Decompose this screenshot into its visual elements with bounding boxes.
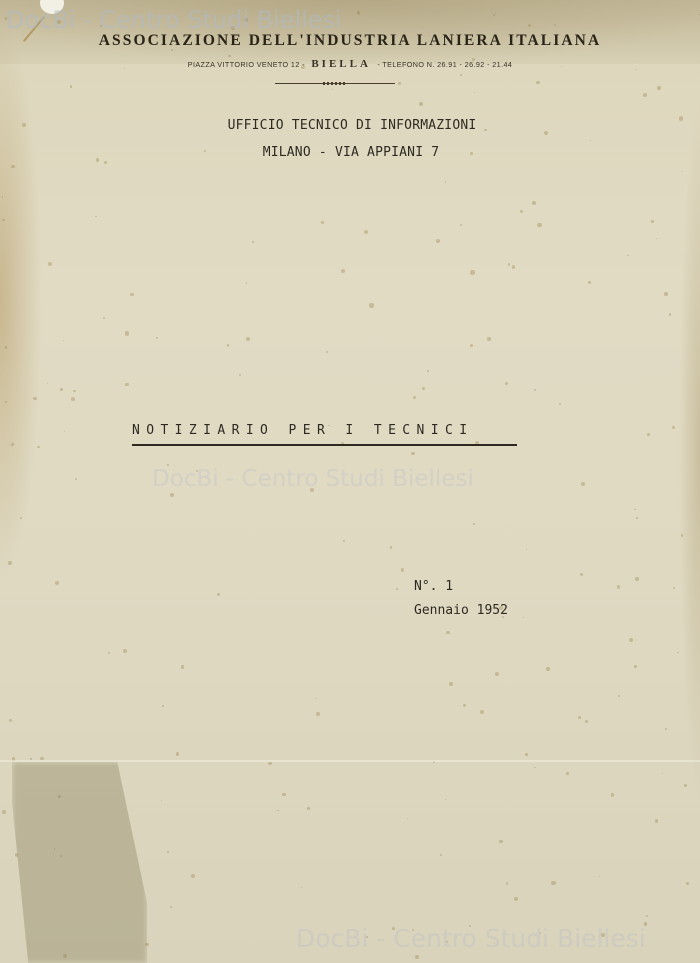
office-name: UFFICIO TECNICO DI INFORMAZIONI [0,118,700,133]
address-phone: - TELEFONO N. 26.91 - 26.92 - 21.44 [377,60,512,69]
title-underline [132,444,517,446]
address-city: BIELLA [311,58,371,70]
address-street: PIAZZA VITTORIO VENETO 12 - [188,60,305,69]
letterhead-ornament-rule [275,83,395,84]
fold-shadow [12,762,147,963]
fold-line [0,760,700,762]
issue-date: Gennaio 1952 [414,603,508,618]
watermark-bottom: DocBi - Centro Studi Biellesi [296,924,646,953]
letterhead-address: PIAZZA VITTORIO VENETO 12 - BIELLA - TEL… [0,58,700,70]
issue-number: N°. 1 [414,579,453,594]
watermark-top: DocBi - Centro Studi Biellesi [6,6,342,34]
watermark-middle: DocBi - Centro Studi Biellesi [152,466,474,492]
bulletin-title: NOTIZIARIO PER I TECNICI [132,423,473,438]
letterhead-organization: ASSOCIAZIONE DELL'INDUSTRIA LANIERA ITAL… [0,32,700,50]
document-page: DocBi - Centro Studi Biellesi ASSOCIAZIO… [0,0,700,963]
office-address: MILANO - VIA APPIANI 7 [0,145,700,160]
